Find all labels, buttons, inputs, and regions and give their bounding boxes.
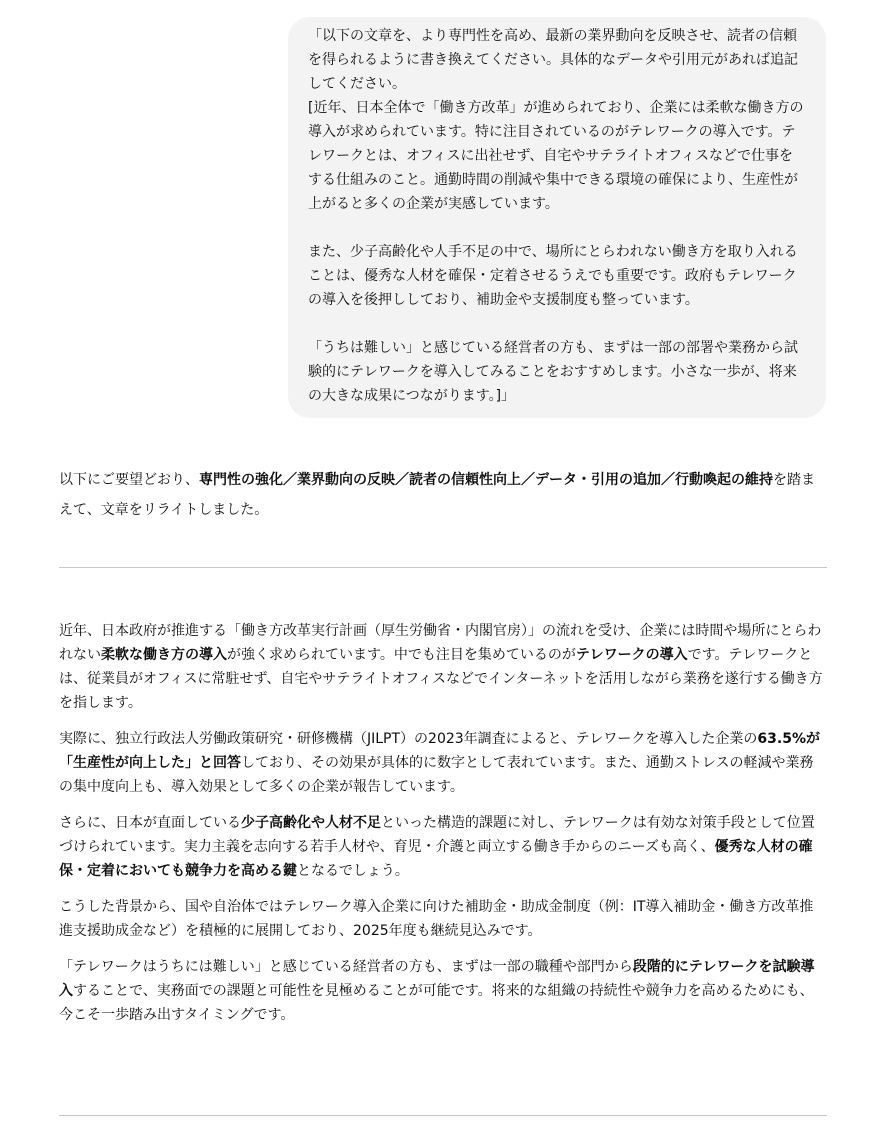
bold-text: テレワークの導入: [576, 647, 688, 663]
text: となるでしょう。: [297, 863, 409, 879]
divider: [59, 567, 827, 568]
user-message-row: 「以下の文章を、より専門性を高め、最新の業界動向を反映させ、読者の信頼を得られる…: [288, 17, 826, 418]
intro-text: 以下にご要望どおり、: [59, 472, 199, 488]
text: 「テレワークはうちには難しい」と感じている経営者の方も、まずは一部の職種や部門か…: [59, 959, 633, 975]
user-message-bubble: 「以下の文章を、より専門性を高め、最新の業界動向を反映させ、読者の信頼を得られる…: [288, 17, 826, 418]
article-paragraph-4: こうした背景から、国や自治体ではテレワーク導入企業に向けた補助金・助成金制度（例…: [59, 895, 827, 943]
rewritten-article: 近年、日本政府が推進する「働き方改革実行計画（厚生労働省・内閣官房）」の流れを受…: [59, 619, 827, 1039]
article-paragraph-3: さらに、日本が直面している少子高齢化や人材不足といった構造的課題に対し、テレワー…: [59, 811, 827, 883]
text: 実際に、独立行政法人労働政策研究・研修機構（JILPT）の2023年調査によると…: [59, 731, 757, 747]
user-message-line: 「以下の文章を、より専門性を高め、最新の業界動向を反映させ、読者の信頼を得られる…: [308, 24, 804, 96]
text: が強く求められています。中でも注目を集めているのが: [227, 647, 576, 663]
bold-text: 柔軟な働き方の導入: [101, 647, 227, 663]
article-paragraph-1: 近年、日本政府が推進する「働き方改革実行計画（厚生労働省・内閣官房）」の流れを受…: [59, 619, 827, 715]
user-message-line: 「うちは難しい」と感じている経営者の方も、まずは一部の部署や業務から試験的にテレ…: [308, 336, 804, 408]
article-paragraph-2: 実際に、独立行政法人労働政策研究・研修機構（JILPT）の2023年調査によると…: [59, 727, 827, 799]
user-message-line: [近年、日本全体で「働き方改革」が進められており、企業には柔軟な働き方の導入が求…: [308, 96, 804, 216]
divider: [59, 1115, 827, 1116]
text: さらに、日本が直面している: [59, 815, 241, 831]
user-message-line: また、少子高齢化や人手不足の中で、場所にとらわれない働き方を取り入れることは、優…: [308, 240, 804, 312]
assistant-intro: 以下にご要望どおり、専門性の強化／業界動向の反映／読者の信頼性向上／データ・引用…: [59, 465, 826, 525]
text: することで、実務面での課題と可能性を見極めることが可能です。将来的な組織の持続性…: [59, 983, 814, 1023]
text: こうした背景から、国や自治体ではテレワーク導入企業に向けた補助金・助成金制度（例…: [59, 899, 813, 939]
article-paragraph-5: 「テレワークはうちには難しい」と感じている経営者の方も、まずは一部の職種や部門か…: [59, 955, 827, 1027]
intro-bold: 専門性の強化／業界動向の反映／読者の信頼性向上／データ・引用の追加／行動喚起の維…: [199, 472, 773, 488]
assistant-message: 以下にご要望どおり、専門性の強化／業界動向の反映／読者の信頼性向上／データ・引用…: [59, 465, 826, 525]
bold-text: 少子高齢化や人材不足: [241, 815, 381, 831]
